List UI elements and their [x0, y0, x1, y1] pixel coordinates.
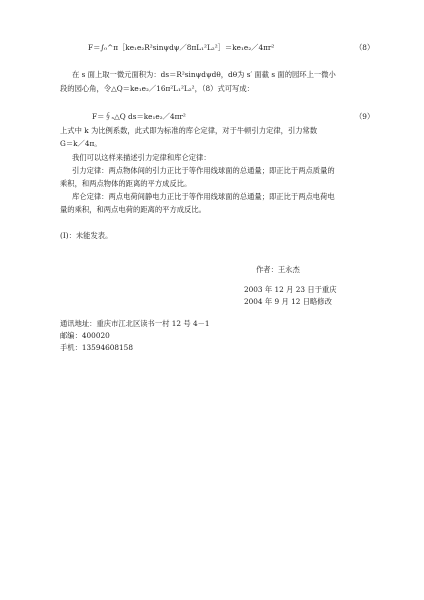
- gravity-law-line-2: 乘积，和两点物体的距离的平方成反比。: [60, 180, 191, 187]
- date-revised: 2004 年 9 月 12 日略修改: [244, 298, 332, 305]
- coulomb-law-line-2: 量的乘积，和两点电荷的距离的平方成反比。: [60, 206, 206, 213]
- equation-9: F＝∮ₛ△Q ds＝ke₁e₂／4πr²: [92, 113, 186, 120]
- paragraph-2-line-2: G＝k／4π。: [60, 140, 102, 147]
- paragraph-1-line-1: 在 s 面上取一微元面积为：ds＝R²sinψdψdθ，dθ为 s′ 面截 s …: [72, 71, 336, 78]
- phone-number: 手机：13594608158: [60, 344, 133, 351]
- equation-8-number: （8）: [355, 44, 374, 51]
- mailing-address: 通讯地址：重庆市江北区读书一村 12 号 4－1: [60, 320, 210, 327]
- date-written: 2003 年 12 月 23 日于重庆: [244, 286, 337, 293]
- equation-9-number: （9）: [355, 113, 374, 120]
- equation-8: F＝∫₀^π［ke₁e₂R²sinψdψ／8πL₁²L₂²］＝ke₁e₂／4πr…: [88, 44, 274, 51]
- footnote: (I)：未能发表。: [60, 232, 112, 239]
- postal-code: 邮编：400020: [60, 332, 110, 339]
- paragraph-1-line-2: 段的园心角，令△Q＝ke₁e₂／16π²L₁²L₂²，（8）式可写成：: [60, 85, 254, 92]
- coulomb-law-line-1: 库仑定律：两点电荷间静电力正比于等作用线球面的总通量；即正比于两点电荷电: [72, 193, 335, 200]
- paragraph-2-line-1: 上式中 k 为比例系数，此式即为标准的库仑定律，对于牛顿引力定律，引力常数: [60, 127, 317, 134]
- author: 作者：王永杰: [256, 266, 300, 273]
- gravity-law-line-1: 引力定律：两点物体间的引力正比于等作用线球面的总通量；即正比于两点质量的: [72, 167, 335, 174]
- paragraph-3: 我们可以这样来描述引力定律和库仑定律：: [72, 154, 211, 161]
